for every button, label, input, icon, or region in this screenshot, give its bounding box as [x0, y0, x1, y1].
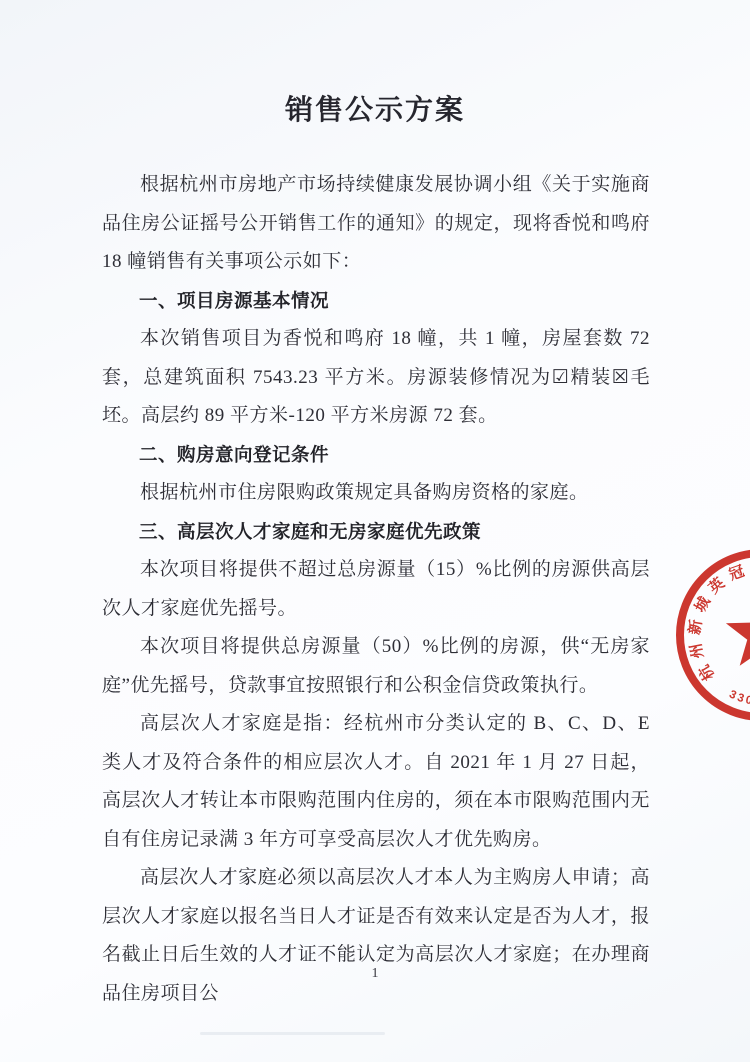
paragraph: 高层次人才家庭是指：经杭州市分类认定的 B、C、D、E 类人才及符合条件的相应层…: [102, 705, 650, 859]
paragraph: 本次项目将提供不超过总房源量（15）%比例的房源供高层次人才家庭优先摇号。: [102, 551, 650, 628]
document-page: 销售公示方案 根据杭州市房地产市场持续健康发展协调小组《关于实施商品住房公证摇号…: [0, 0, 750, 1062]
paragraph: 本次项目将提供总房源量（50）%比例的房源，供“无房家庭”优先摇号，贷款事宜按照…: [102, 628, 650, 705]
scan-artifact: [200, 1032, 385, 1035]
paragraph: 高层次人才家庭必须以高层次人才本人为主购房人申请；高层次人才家庭以报名当日人才证…: [102, 859, 650, 1013]
company-seal-stamp: 杭州新城英冠鸿轩房 3301101: [620, 515, 750, 765]
section-heading: 二、购房意向登记条件: [102, 436, 650, 475]
page-number: 1: [0, 966, 750, 982]
paragraph: 本次销售项目为香悦和鸣府 18 幢，共 1 幢，房屋套数 72 套，总建筑面积 …: [102, 320, 650, 436]
seal-serial-number: 3301101: [727, 688, 750, 708]
paragraph: 根据杭州市住房限购政策规定具备购房资格的家庭。: [102, 474, 650, 513]
red-star-icon: [726, 597, 750, 666]
svg-text:3301101: 3301101: [727, 688, 750, 708]
section-heading: 三、高层次人才家庭和无房家庭优先政策: [102, 513, 650, 552]
section-heading: 一、项目房源基本情况: [102, 282, 650, 321]
document-title: 销售公示方案: [0, 88, 750, 128]
document-body: 根据杭州市房地产市场持续健康发展协调小组《关于实施商品住房公证摇号公开销售工作的…: [102, 166, 650, 1013]
paragraph: 根据杭州市房地产市场持续健康发展协调小组《关于实施商品住房公证摇号公开销售工作的…: [102, 166, 650, 282]
